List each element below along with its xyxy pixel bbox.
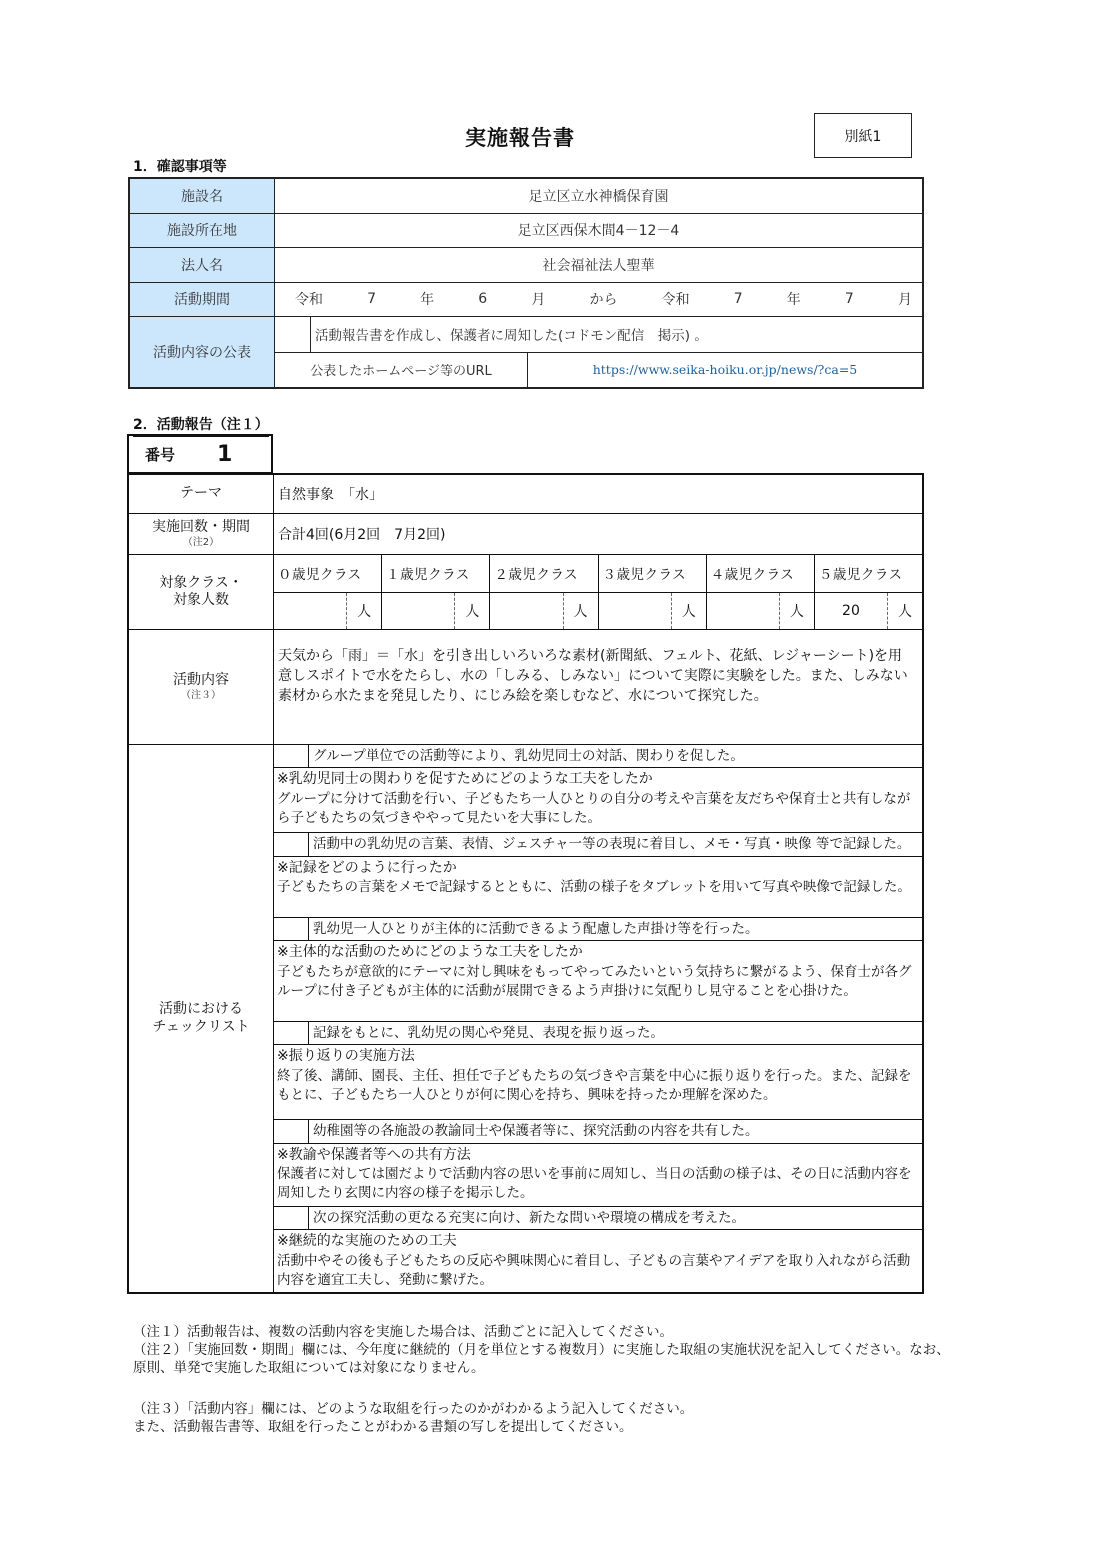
classes-grid: ０歳児クラス １歳児クラス ２歳児クラス ３歳児クラス ４歳児クラス ５歳児クラ… [274, 555, 922, 629]
classes-row: 対象クラス・ 対象人数 ０歳児クラス １歳児クラス ２歳児クラス ３歳児クラス … [129, 555, 922, 630]
checklist-item: 記録をもとに、乳幼児の関心や発見、表現を振り返った。 [274, 1022, 922, 1045]
activity-report-table: テーマ 自然事象 「水」 実施回数・期間 （注2） 合計4回(6月2回 7月2回… [127, 473, 924, 1294]
theme-value: 自然事象 「水」 [274, 475, 922, 513]
publication-detail: 活動報告書を作成し、保護者に周知した(コドモン配信 掲示) 。 公表したホームペ… [275, 317, 922, 387]
attachment-label: 別紙1 [814, 113, 912, 158]
url-label: 公表したホームページ等のURL [275, 353, 528, 388]
checklist-detail: ※乳幼児同士の関わりを促すためにどのような工夫をしたか グループに分けて活動を行… [274, 768, 922, 833]
checklist-row: 活動における チェックリスト グループ単位での活動等により、乳幼児同士の対話、関… [129, 745, 922, 1292]
checklist-item-text: グループ単位での活動等により、乳幼児同士の対話、関わりを促した。 [309, 745, 922, 767]
class-name: ３歳児クラス [599, 555, 707, 592]
number-label: 番号 [145, 444, 175, 465]
year-unit: 年 [787, 289, 801, 309]
checklist-label-line1: 活動における [159, 1001, 243, 1019]
checklist-item: グループ単位での活動等により、乳幼児同士の対話、関わりを促した。 [274, 745, 922, 768]
url-link[interactable]: https://www.seika-hoiku.or.jp/news/?ca=5 [528, 353, 922, 388]
content-label-text: 活動内容 [173, 672, 229, 690]
corporation-value: 社会福祉法人聖華 [275, 248, 922, 282]
footnotes: （注１）活動報告は、複数の活動内容を実施した場合は、活動ごとに記入してください。… [133, 1323, 953, 1436]
checklist-question: ※記録をどのように行ったか [277, 859, 919, 879]
person-unit: 人 [672, 593, 706, 630]
month-unit: 月 [531, 289, 545, 309]
checklist-detail: ※教諭や保護者等への共有方法 保護者に対しては園だよりで活動内容の思いを事前に周… [274, 1144, 922, 1207]
classes-label-line1: 対象クラス・ [159, 575, 243, 593]
publication-label: 活動内容の公表 [130, 317, 275, 387]
period-row: 活動期間 令和 7 年 6 月 から 令和 7 年 7 月 [130, 283, 922, 318]
checklist-item-text: 記録をもとに、乳幼児の関心や発見、表現を振り返った。 [309, 1022, 922, 1044]
month-unit: 月 [898, 289, 912, 309]
count-note: （注2） [183, 537, 219, 550]
count-label: 実施回数・期間 （注2） [129, 514, 274, 554]
address-label: 施設所在地 [130, 214, 275, 248]
checklist-checkbox[interactable] [274, 1207, 309, 1229]
checklist-item-text: 活動中の乳幼児の言葉、表情、ジェスチャ一等の表現に着目し、メモ・写真・映像 等で… [309, 833, 922, 855]
number-value: 1 [217, 442, 232, 467]
checklist-question: ※主体的な活動のためにどのような工夫をしたか [277, 943, 919, 963]
checklist-item-text: 乳幼児一人ひとりが主体的に活動できるよう配慮した声掛け等を行った。 [309, 918, 922, 940]
checklist-checkbox[interactable] [274, 918, 309, 940]
checklist-detail: ※継続的な実施のための工夫 活動中やその後も子どもたちの反応や興味関心に着目し、… [274, 1230, 922, 1292]
count-label-text: 実施回数・期間 [152, 519, 250, 537]
start-era: 令和 [295, 289, 323, 309]
checklist-question: ※乳幼児同士の関わりを促すためにどのような工夫をしたか [277, 770, 919, 790]
checklist-item: 活動中の乳幼児の言葉、表情、ジェスチャ一等の表現に着目し、メモ・写真・映像 等で… [274, 833, 922, 856]
count-value: 合計4回(6月2回 7月2回) [274, 514, 922, 554]
class-name: １歳児クラス [382, 555, 490, 592]
person-unit: 人 [888, 593, 922, 630]
corporation-row: 法人名 社会福祉法人聖華 [130, 248, 922, 283]
end-month: 7 [845, 291, 854, 307]
class-count[interactable] [274, 593, 347, 630]
facility-name-row: 施設名 足立区立水神橋保育園 [130, 179, 922, 214]
checklist-question: ※教諭や保護者等への共有方法 [277, 1146, 919, 1166]
checklist-answer: グループに分けて活動を行い、子どもたち一人ひとりの自分の考えや言葉を友だちや保育… [277, 790, 919, 828]
class-count[interactable] [707, 593, 780, 630]
end-year: 7 [734, 291, 743, 307]
note-3b: また、活動報告書等、取組を行ったことがわかる書類の写しを提出してください。 [133, 1418, 953, 1436]
class-name: ２歳児クラス [490, 555, 598, 592]
section1-heading: 1．確認事項等 [133, 156, 227, 176]
content-value: 天気から「雨」＝「水」を引き出しいろいろな素材(新聞紙、フェルト、花紙、レジャー… [274, 630, 922, 744]
publication-row: 活動内容の公表 活動報告書を作成し、保護者に周知した(コドモン配信 掲示) 。 … [130, 317, 922, 387]
year-unit: 年 [420, 289, 434, 309]
theme-row: テーマ 自然事象 「水」 [129, 475, 922, 514]
checklist-item: 幼稚園等の各施設の教諭同士や保護者等に、探究活動の内容を共有した。 [274, 1120, 922, 1143]
content-note: （注３） [181, 690, 221, 703]
note-2: （注２）「実施回数・期間」欄には、今年度に継続的（月を単位とする複数月）に実施し… [133, 1341, 953, 1377]
content-label: 活動内容 （注３） [129, 630, 274, 744]
classes-label: 対象クラス・ 対象人数 [129, 555, 274, 629]
checklist-answer: 終了後、講師、園長、主任、担任で子どもたちの気づきや言葉を中心に振り返りを行った… [277, 1067, 919, 1105]
content-row: 活動内容 （注３） 天気から「雨」＝「水」を引き出しいろいろな素材(新聞紙、フェ… [129, 630, 922, 745]
corporation-label: 法人名 [130, 248, 275, 282]
note-1: （注１）活動報告は、複数の活動内容を実施した場合は、活動ごとに記入してください。 [133, 1323, 953, 1341]
address-row: 施設所在地 足立区西保木間4－12－4 [130, 214, 922, 249]
person-unit: 人 [347, 593, 381, 630]
checklist-item-text: 次の探究活動の更なる充実に向け、新たな問いや環境の構成を考えた。 [309, 1207, 922, 1229]
publication-checkbox[interactable] [275, 317, 311, 352]
report-number-box: 番号 1 [127, 434, 273, 474]
checklist-label: 活動における チェックリスト [129, 745, 274, 1292]
class-name: ４歳児クラス [707, 555, 815, 592]
classes-label-line2: 対象人数 [173, 592, 229, 610]
checklist-item: 次の探究活動の更なる充実に向け、新たな問いや環境の構成を考えた。 [274, 1207, 922, 1230]
end-era: 令和 [662, 289, 690, 309]
class-count[interactable]: 20 [815, 593, 888, 630]
checklist-detail: ※主体的な活動のためにどのような工夫をしたか 子どもたちが意欲的にテーマに対し興… [274, 941, 922, 1022]
person-unit: 人 [780, 593, 814, 630]
checklist-detail: ※振り返りの実施方法 終了後、講師、園長、主任、担任で子どもたちの気づきや言葉を… [274, 1045, 922, 1120]
class-count[interactable] [490, 593, 563, 630]
checklist-checkbox[interactable] [274, 745, 309, 767]
checklist-item: 乳幼児一人ひとりが主体的に活動できるよう配慮した声掛け等を行った。 [274, 918, 922, 941]
publication-text: 活動報告書を作成し、保護者に周知した(コドモン配信 掲示) 。 [311, 317, 922, 352]
start-month: 6 [478, 291, 487, 307]
person-unit: 人 [564, 593, 598, 630]
confirmation-table: 施設名 足立区立水神橋保育園 施設所在地 足立区西保木間4－12－4 法人名 社… [128, 177, 924, 389]
checklist-answer: 子どもたちの言葉をメモで記録するとともに、活動の様子をタブレットを用いて写真や映… [277, 878, 919, 897]
class-count[interactable] [599, 593, 672, 630]
start-year: 7 [367, 291, 376, 307]
period-value: 令和 7 年 6 月 から 令和 7 年 7 月 [275, 283, 922, 317]
checklist-answer: 活動中やその後も子どもたちの反応や興味関心に着目し、子どもの言葉やアイデアを取り… [277, 1252, 919, 1290]
checklist-question: ※継続的な実施のための工夫 [277, 1232, 919, 1252]
checklist: グループ単位での活動等により、乳幼児同士の対話、関わりを促した。 ※乳幼児同士の… [274, 745, 922, 1292]
checklist-question: ※振り返りの実施方法 [277, 1047, 919, 1067]
class-count[interactable] [382, 593, 455, 630]
count-row: 実施回数・期間 （注2） 合計4回(6月2回 7月2回) [129, 514, 922, 555]
theme-label: テーマ [129, 475, 274, 513]
class-name: ０歳児クラス [274, 555, 382, 592]
person-unit: 人 [455, 593, 489, 630]
checklist-detail: ※記録をどのように行ったか 子どもたちの言葉をメモで記録するとともに、活動の様子… [274, 857, 922, 918]
class-name: ５歳児クラス [815, 555, 922, 592]
period-label: 活動期間 [130, 283, 275, 317]
checklist-checkbox[interactable] [274, 1022, 309, 1044]
checklist-checkbox[interactable] [274, 1120, 309, 1142]
checklist-item-text: 幼稚園等の各施設の教諭同士や保護者等に、探究活動の内容を共有した。 [309, 1120, 922, 1142]
checklist-answer: 保護者に対しては園だよりで活動内容の思いを事前に周知し、当日の活動の様子は、その… [277, 1165, 919, 1203]
from-label: から [589, 289, 617, 309]
address-value: 足立区西保木間4－12－4 [275, 214, 922, 248]
checklist-checkbox[interactable] [274, 833, 309, 855]
facility-name-label: 施設名 [130, 179, 275, 213]
checklist-label-line2: チェックリスト [152, 1019, 249, 1037]
checklist-answer: 子どもたちが意欲的にテーマに対し興味をもってやってみたいという気持ちに繋がるよう… [277, 963, 919, 1001]
facility-name-value: 足立区立水神橋保育園 [275, 179, 922, 213]
note-3a: （注３）「活動内容」欄には、どのような取組を行ったのかがわかるよう記入してくださ… [133, 1400, 953, 1418]
